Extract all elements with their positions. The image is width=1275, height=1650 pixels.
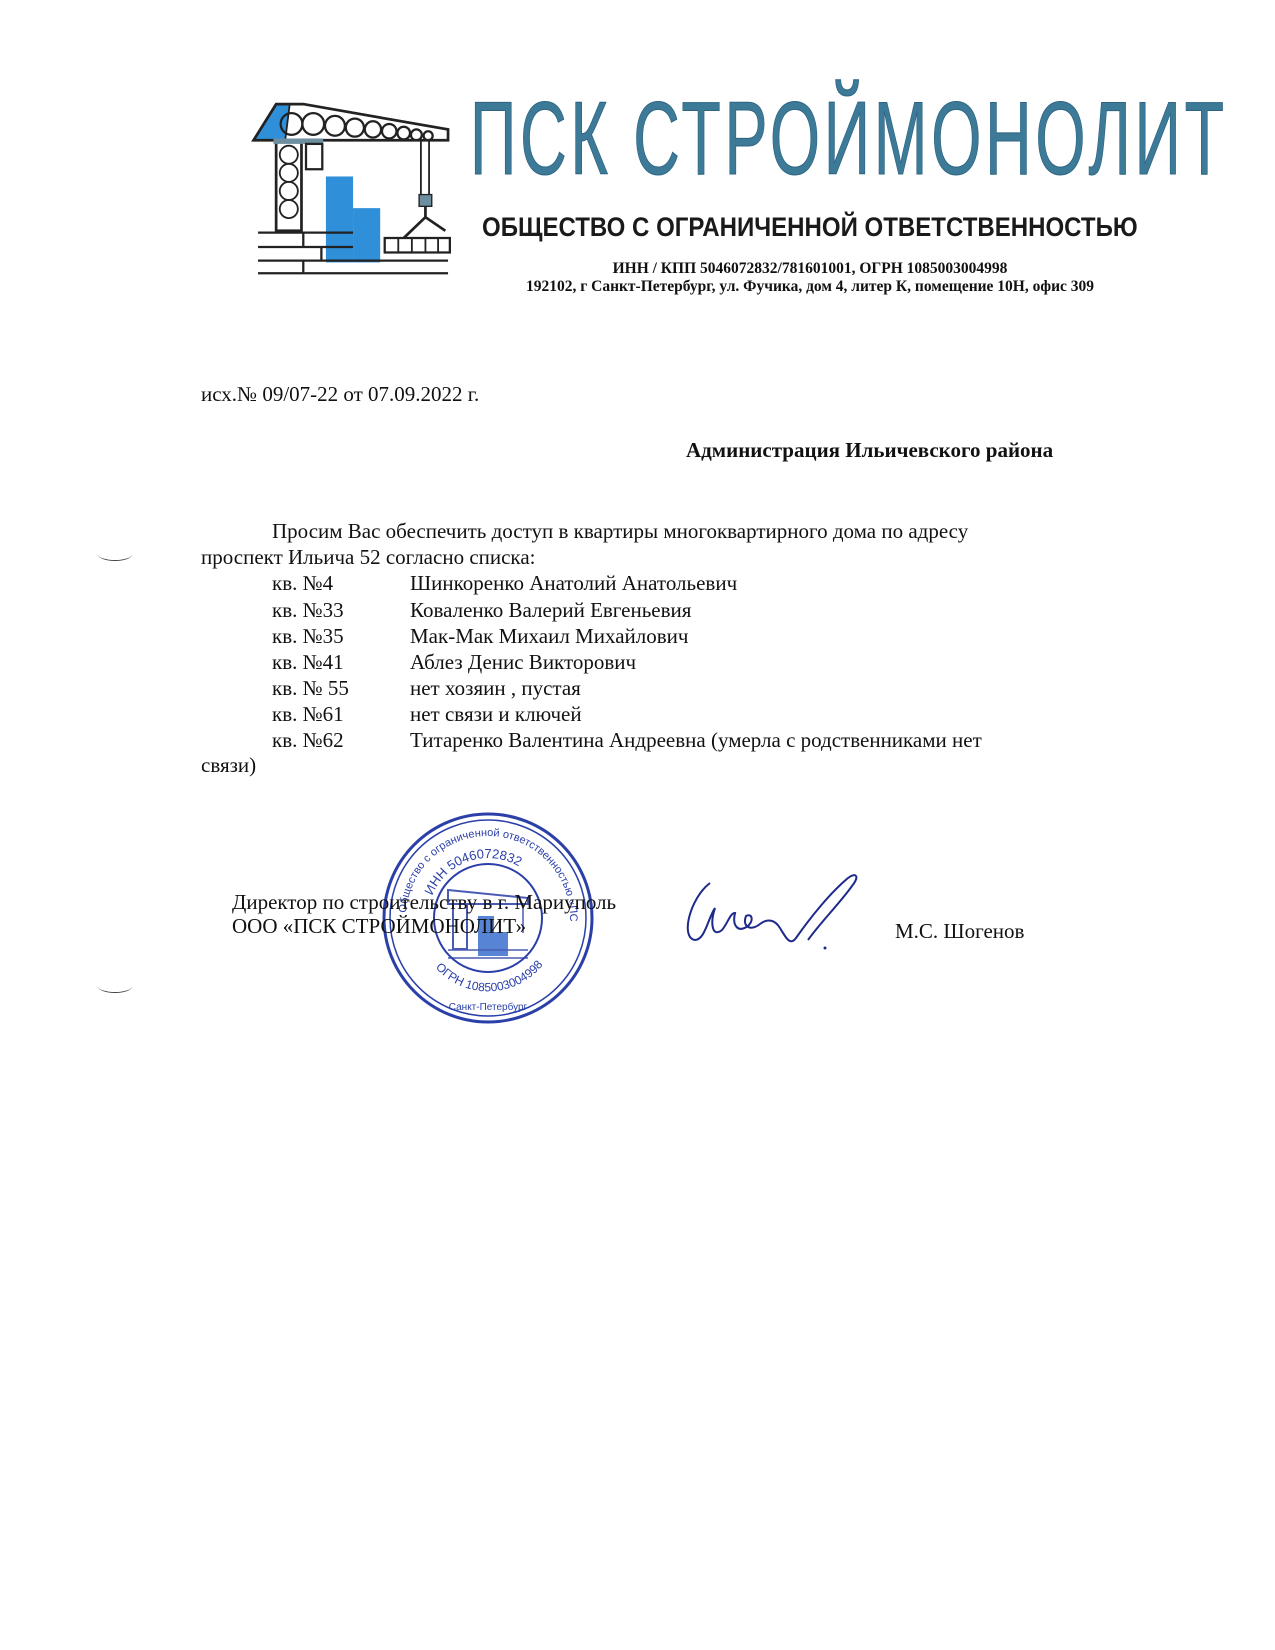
company-registration: ИНН / КПП 5046072832/781601001, ОГРН 108… — [470, 260, 1150, 278]
list-item: кв. №41Аблез Денис Викторович — [272, 649, 636, 675]
company-type-subtitle: ОБЩЕСТВО С ОГРАНИЧЕННОЙ ОТВЕТСТВЕННОСТЬЮ — [482, 212, 1138, 243]
punch-hole-mark — [98, 548, 132, 561]
body-line-2: проспект Ильича 52 согласно списка: — [201, 544, 535, 570]
outgoing-reference: исх.№ 09/07-22 от 07.09.2022 г. — [201, 381, 479, 407]
list-item: кв. №4Шинкоренко Анатолий Анатольевич — [272, 570, 737, 596]
apartment-number: кв. №62 — [272, 727, 410, 753]
punch-hole-mark — [98, 980, 132, 993]
apartment-number: кв. №33 — [272, 597, 410, 623]
apartment-number: кв. №35 — [272, 623, 410, 649]
body-line-1: Просим Вас обеспечить доступ в квартиры … — [272, 518, 968, 544]
apartment-note: нет связи и ключей — [410, 702, 582, 726]
apartment-note: Мак-Мак Михаил Михайлович — [410, 624, 688, 648]
apartment-number: кв. №4 — [272, 570, 410, 596]
list-item: кв. № 55нет хозяин , пустая — [272, 675, 581, 701]
handwritten-signature-icon — [680, 868, 880, 953]
addressee: Администрация Ильичевского района — [686, 437, 1053, 463]
company-address: 192102, г Санкт-Петербург, ул. Фучика, д… — [470, 278, 1150, 296]
apartment-number: кв. №41 — [272, 649, 410, 675]
apartment-note: Коваленко Валерий Евгеньевия — [410, 598, 691, 622]
signatory-title-line-1: Директор по строительству в г. Мариуполь — [232, 889, 616, 915]
apartment-note: Аблез Денис Викторович — [410, 650, 636, 674]
list-item: кв. №35Мак-Мак Михаил Михайлович — [272, 623, 688, 649]
apartment-list-tail: связи) — [201, 752, 256, 778]
apartment-number: кв. №61 — [272, 701, 410, 727]
signer-name: М.С. Шогенов — [895, 918, 1024, 944]
apartment-note: нет хозяин , пустая — [410, 676, 581, 700]
apartment-note: Шинкоренко Анатолий Анатольевич — [410, 571, 737, 595]
signatory-title-line-2: ООО «ПСК СТРОЙМОНОЛИТ» — [232, 913, 526, 939]
crane-building-logo-icon — [228, 86, 460, 276]
svg-text:ОГРН 1085003004998: ОГРН 1085003004998 — [433, 957, 545, 994]
list-item: кв. №61нет связи и ключей — [272, 701, 582, 727]
company-brand-title: ПСК СТРОЙМОНОЛИТ — [470, 84, 892, 194]
apartment-note: Титаренко Валентина Андреевна (умерла с … — [410, 728, 982, 752]
list-item: кв. №33Коваленко Валерий Евгеньевия — [272, 597, 691, 623]
stamp-city: Санкт-Петербург — [449, 1001, 528, 1013]
apartment-number: кв. № 55 — [272, 675, 410, 701]
list-item: кв. №62Титаренко Валентина Андреевна (ум… — [272, 727, 982, 753]
stamp-ogrn: ОГРН 1085003004998 — [433, 957, 545, 994]
